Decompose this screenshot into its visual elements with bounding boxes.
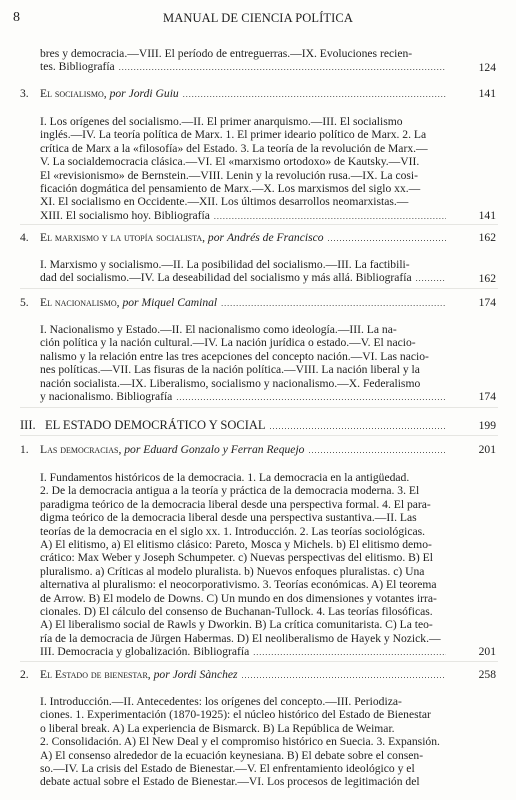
running-title: MANUAL DE CIENCIA POLÍTICA xyxy=(0,11,516,26)
abstract-line: I. Introducción.—II. Antecedentes: los o… xyxy=(40,695,446,708)
abstract-last-line: XIII. El socialismo hoy. Bibliografía xyxy=(40,209,446,223)
chapter-author: Jordi Guiu xyxy=(129,87,179,100)
abstract-line: so.—IV. La crisis del Estado de Bienesta… xyxy=(40,762,446,775)
toc-page-ref[interactable]: 199 xyxy=(456,419,496,432)
abstract-last-line: III. Democracia y globalización. Bibliog… xyxy=(40,645,446,659)
abstract-last-line: y nacionalismo. Bibliografía xyxy=(40,390,446,404)
abstract-line: A) El liberalismo social de Rawls y Dwor… xyxy=(40,618,446,631)
by-label: por xyxy=(124,443,140,456)
abstract-line: cionales. D) El cálculo del consenso de … xyxy=(40,605,446,618)
chapter-title: El nacionalismo xyxy=(40,296,117,309)
toc-page-ref[interactable]: 201 xyxy=(456,443,496,456)
book-page: 8 MANUAL DE CIENCIA POLÍTICA bres y demo… xyxy=(0,0,516,800)
chapter-author: Miquel Caminal xyxy=(141,296,217,309)
chapter-number: 5. xyxy=(20,296,40,309)
toc-page-ref[interactable]: 201 xyxy=(456,645,496,658)
toc-chapter-entry[interactable]: 4. El marxismo y la utopía socialista, p… xyxy=(20,231,446,244)
abstract-line: crático: Max Weber y Joseph Schumpeter. … xyxy=(40,551,446,564)
leader-dots xyxy=(119,61,446,74)
abstract-line: pluralismo. a) Críticas al modelo plural… xyxy=(40,565,446,578)
abstract-line: I. Los orígenes del socialismo.—II. El p… xyxy=(40,115,446,128)
abstract-line: nalismo y la relación entre las tres ace… xyxy=(40,350,446,363)
abstract-line: debate actual sobre el Estado de Bienest… xyxy=(40,775,446,788)
chapter-author: Eduard Gonzalo y Ferran Requejo xyxy=(143,443,304,456)
toc-chapter-entry[interactable]: 1. Las democracias, por Eduard Gonzalo y… xyxy=(20,443,446,456)
divider xyxy=(20,224,498,225)
leader-dots xyxy=(328,234,446,243)
toc-chapter-entry[interactable]: 5. El nacionalismo, por Miquel Caminal xyxy=(20,296,446,309)
abstract-line: 2. De la democracia antigua a la teoría … xyxy=(40,484,446,497)
by-label: por xyxy=(110,87,126,100)
abstract-line: ría de la democracia de Jürgen Habermas.… xyxy=(40,632,446,645)
toc-page-ref[interactable]: 141 xyxy=(456,209,496,222)
leader-dots xyxy=(214,210,446,223)
abstract-last-line: dad del socialismo.—IV. La deseabilidad … xyxy=(40,271,446,285)
chapter-abstract: I. Marxismo y socialismo.—II. La posibil… xyxy=(40,258,446,286)
leader-dots xyxy=(183,90,446,99)
toc-page-ref[interactable]: 162 xyxy=(456,231,496,244)
leader-dots xyxy=(416,272,446,285)
abstract-line: nes políticas.—VII. Las fisuras de la na… xyxy=(40,363,446,376)
chapter-title: El Estado de bienestar xyxy=(40,668,148,681)
abstract-line: I. Marxismo y socialismo.—II. La posibil… xyxy=(40,258,446,271)
toc-chapter-entry[interactable]: 2. El Estado de bienestar, por Jordi Sàn… xyxy=(20,668,446,681)
leader-dots xyxy=(253,646,446,659)
abstract-line: III. Democracia y globalización. Bibliog… xyxy=(40,645,249,658)
leader-dots xyxy=(242,671,446,680)
divider xyxy=(20,288,498,289)
page-header: 8 MANUAL DE CIENCIA POLÍTICA xyxy=(0,10,516,30)
abstract-line: crítica de Marx a la «filosofía» del Est… xyxy=(40,142,446,155)
abstract-line: A) El elitismo, a) El elitismo clásico: … xyxy=(40,538,446,551)
abstract-line: 2. Consolidación. A) El New Deal y el co… xyxy=(40,735,446,748)
toc-page-ref[interactable]: 174 xyxy=(456,296,496,309)
abstract-line: V. La socialdemocracia clásica.—VI. El «… xyxy=(40,155,446,168)
chapter-abstract: bres y democracia.—VIII. El período de e… xyxy=(40,47,446,75)
abstract-line: ciones. 1. Experimentación (1870-1925): … xyxy=(40,708,446,721)
chapter-number: 3. xyxy=(20,87,40,100)
abstract-line: de Arrow. B) El modelo de Downs. C) Un m… xyxy=(40,592,446,605)
toc-chapter-entry[interactable]: 3. El socialismo, por Jordi Guiu xyxy=(20,87,446,100)
abstract-line: A) El consenso alrededor de la ecuación … xyxy=(40,749,446,762)
divider xyxy=(20,661,498,662)
chapter-abstract: I. Los orígenes del socialismo.—II. El p… xyxy=(40,115,446,223)
toc-page-ref[interactable]: 162 xyxy=(456,272,496,285)
toc-page-ref[interactable]: 174 xyxy=(456,390,496,403)
leader-dots xyxy=(176,391,446,404)
chapter-author: Andrés de Francisco xyxy=(227,231,324,244)
toc-page-ref[interactable]: 258 xyxy=(456,668,496,681)
chapter-title: Las democracias xyxy=(40,443,118,456)
abstract-line: teorías de la democracia en el siglo xx.… xyxy=(40,525,446,538)
toc-part-entry[interactable]: III. EL ESTADO DEMOCRÁTICO Y SOCIAL xyxy=(20,418,446,433)
leader-dots xyxy=(308,446,446,455)
abstract-line: dad del socialismo.—IV. La deseabilidad … xyxy=(40,271,412,284)
chapter-number: 2. xyxy=(20,668,40,681)
chapter-number: 1. xyxy=(20,443,40,456)
by-label: por xyxy=(122,296,138,309)
chapter-abstract: I. Introducción.—II. Antecedentes: los o… xyxy=(40,695,446,789)
by-label: por xyxy=(208,231,224,244)
chapter-abstract: I. Nacionalismo y Estado.—II. El naciona… xyxy=(40,323,446,404)
leader-dots xyxy=(221,299,446,308)
abstract-line: I. Fundamentos históricos de la democrac… xyxy=(40,471,446,484)
abstract-line: nación socialista.—IX. Liberalismo, soci… xyxy=(40,377,446,390)
abstract-line: tes. Bibliografía xyxy=(40,60,115,73)
abstract-line: inglés.—IV. La teoría política de Marx. … xyxy=(40,128,446,141)
part-number: III. xyxy=(20,418,45,433)
chapter-title: El marxismo y la utopía socialista xyxy=(40,231,202,244)
toc-page-ref[interactable]: 141 xyxy=(456,87,496,100)
abstract-line: paradigma teórico de la democracia liber… xyxy=(40,498,446,511)
chapter-author: Jordi Sànchez xyxy=(173,668,238,681)
abstract-line: alternativa al pluralismo: el neocorpora… xyxy=(40,578,446,591)
abstract-line: o liberal break. A) La experiencia de Bi… xyxy=(40,722,446,735)
abstract-line: El «revisionismo» de Bernstein.—VIII. Le… xyxy=(40,169,446,182)
chapter-abstract: I. Fundamentos históricos de la democrac… xyxy=(40,471,446,660)
abstract-line: y nacionalismo. Bibliografía xyxy=(40,390,172,403)
chapter-number: 4. xyxy=(20,231,40,244)
abstract-line: ción política y la nación cultural.—IV. … xyxy=(40,336,446,349)
divider xyxy=(20,407,498,408)
abstract-line: ficación dogmática del pensamiento de Ma… xyxy=(40,182,446,195)
leader-dots xyxy=(270,422,446,431)
abstract-line: XIII. El socialismo hoy. Bibliografía xyxy=(40,209,210,222)
divider xyxy=(20,435,498,436)
abstract-line: digma teórico de la democracia liberal d… xyxy=(40,511,446,524)
chapter-title: El socialismo xyxy=(40,87,104,100)
by-label: por xyxy=(154,668,170,681)
toc-page-ref[interactable]: 124 xyxy=(456,61,496,74)
abstract-line: XI. El socialismo en Occidente.—XII. Los… xyxy=(40,195,446,208)
abstract-line: bres y democracia.—VIII. El período de e… xyxy=(40,47,446,60)
abstract-line: I. Nacionalismo y Estado.—II. El naciona… xyxy=(40,323,446,336)
part-title: EL ESTADO DEMOCRÁTICO Y SOCIAL xyxy=(45,418,266,433)
abstract-last-line: tes. Bibliografía xyxy=(40,60,446,74)
